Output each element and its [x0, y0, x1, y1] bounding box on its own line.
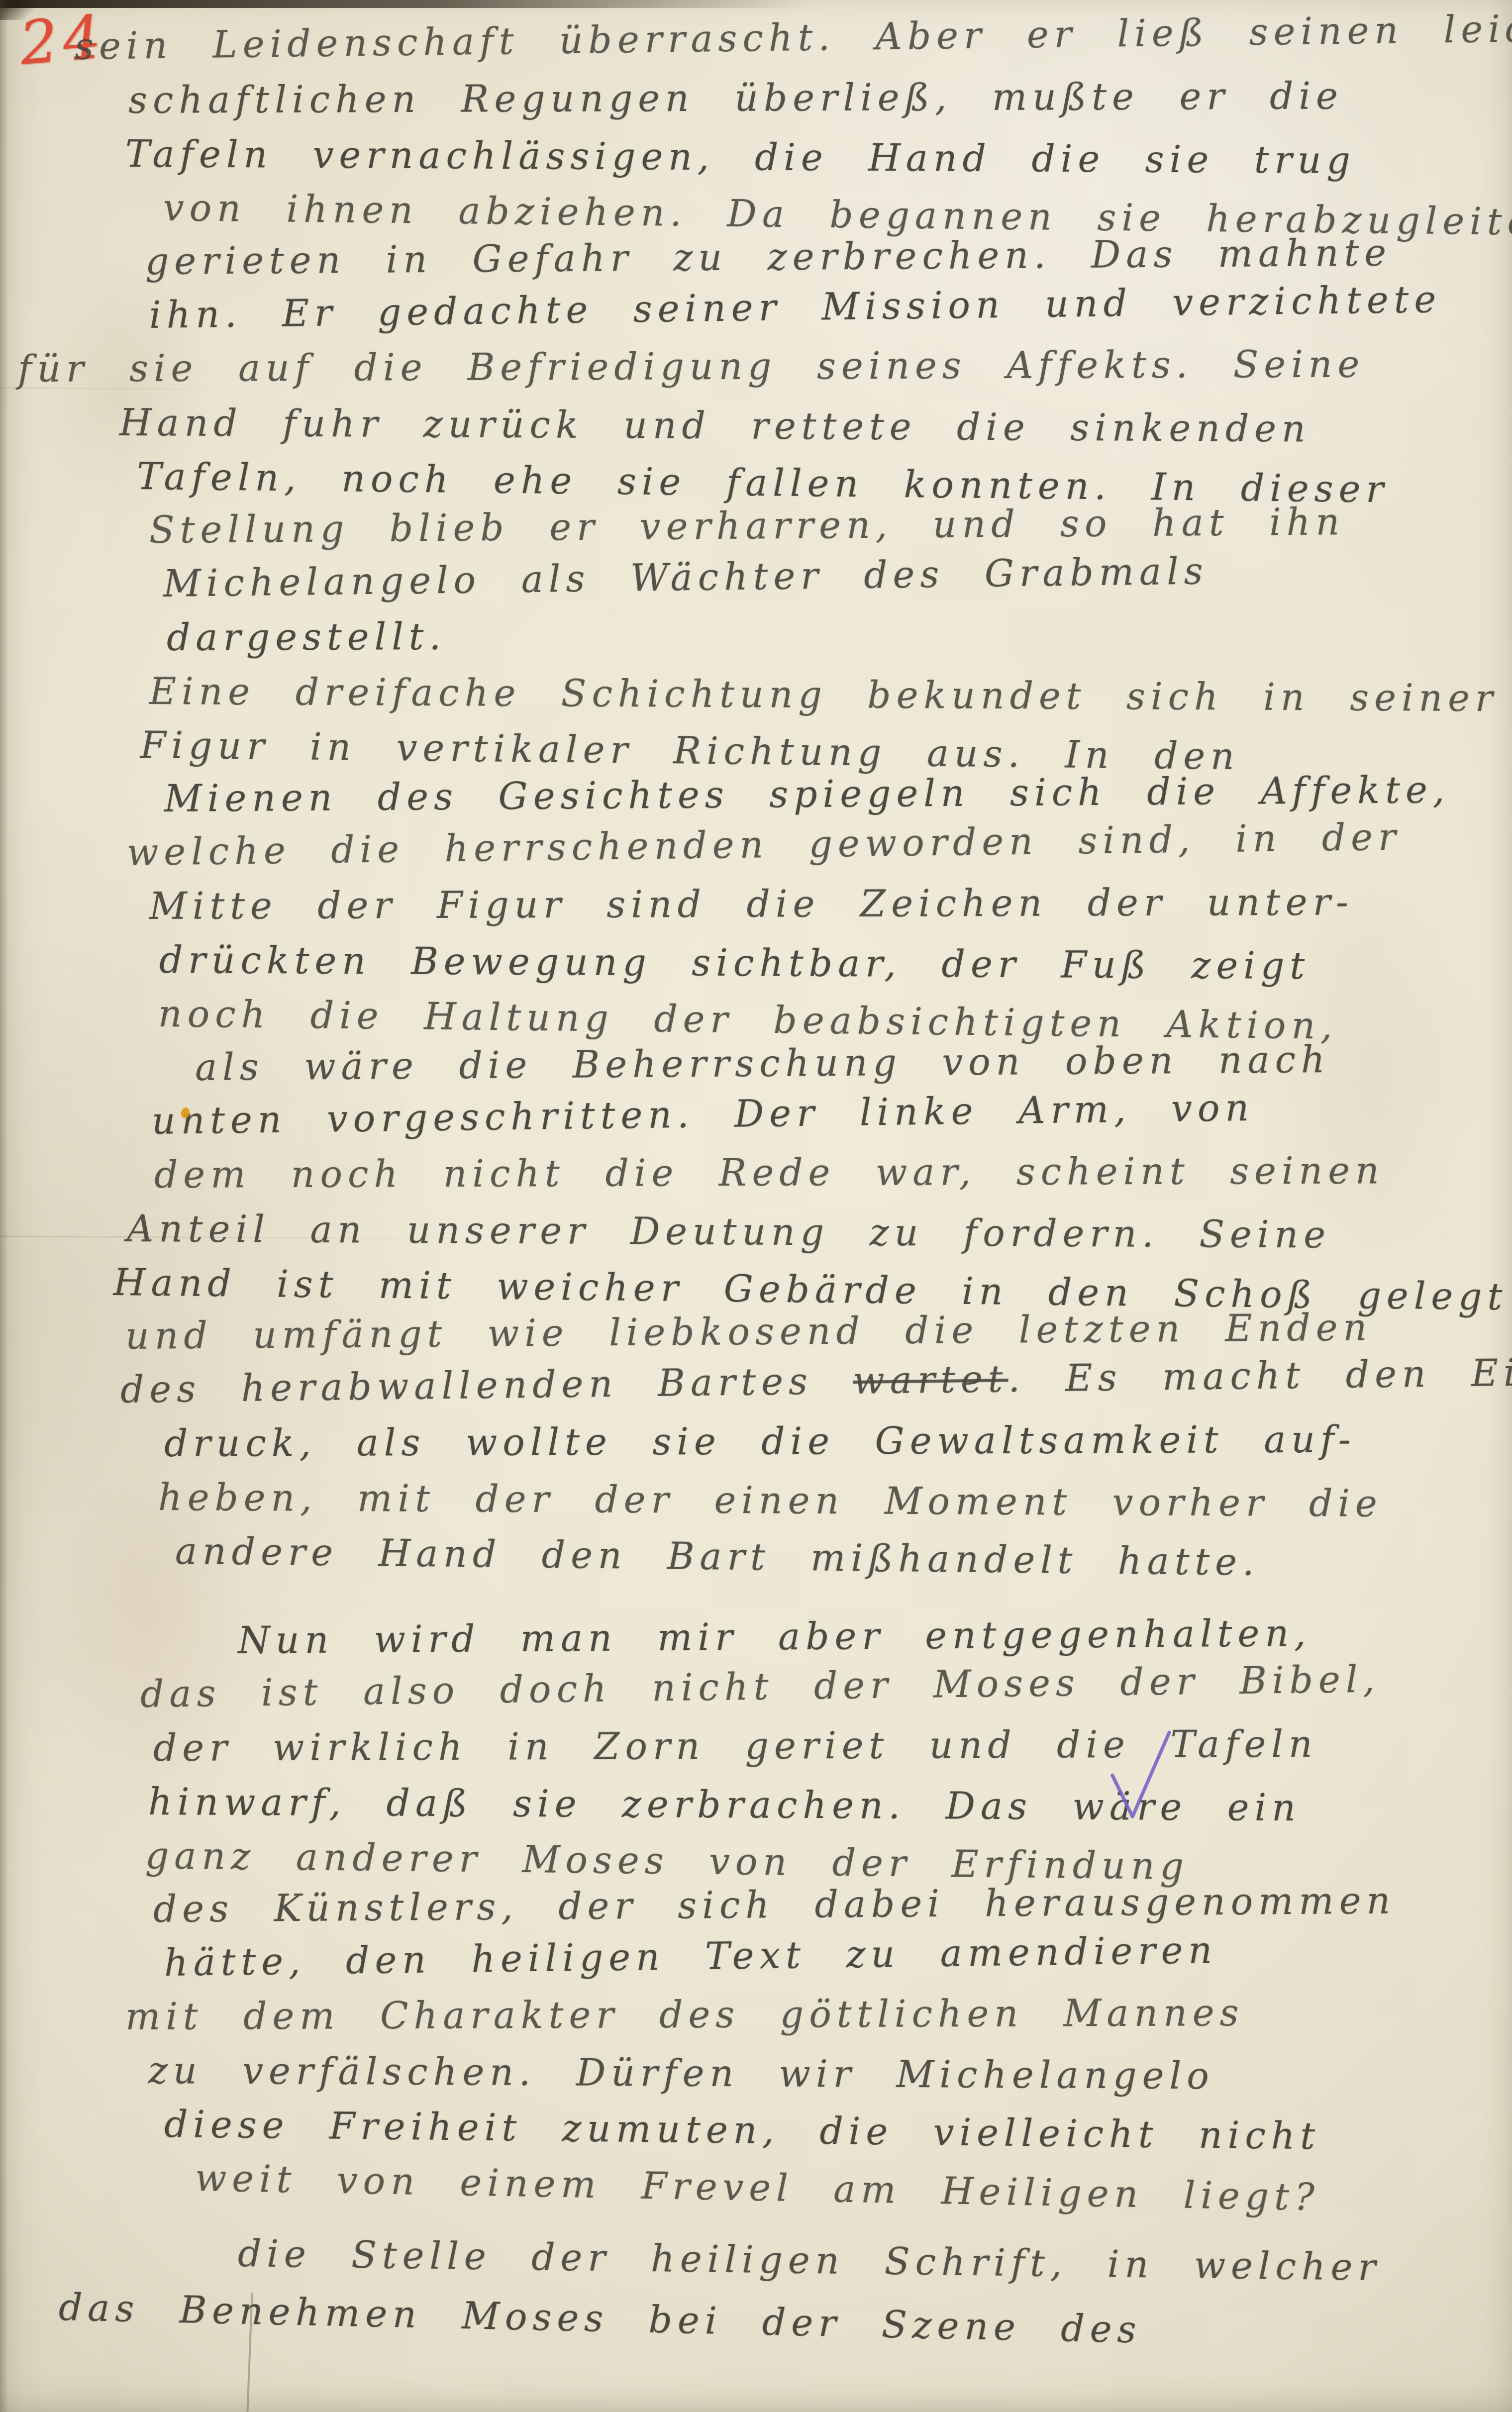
- manuscript-line: sein Leidenschaft überrascht. Aber er li…: [74, 2, 1512, 74]
- manuscript-line: mit dem Charakter des göttlichen Mannes: [125, 1985, 1512, 2044]
- manuscript-line: dargestellt.: [167, 606, 1512, 665]
- manuscript-line: heben, mit der der einen Moment vorher d…: [158, 1471, 1512, 1531]
- manuscript-line: Anteil an unserer Deutung zu fordern. Se…: [127, 1202, 1512, 1263]
- manuscript-line: die Stelle der heiligen Schrift, in welc…: [237, 2227, 1512, 2296]
- manuscript-line: Mitte der Figur sind die Zeichen der unt…: [149, 875, 1512, 933]
- manuscript-page: 24 sein Leidenschaft überrascht. Aber er…: [0, 0, 1512, 2412]
- manuscript-line: dem noch nicht die Rede war, scheint sei…: [154, 1143, 1512, 1202]
- line-text: . Es macht den Ein-: [1008, 1351, 1512, 1401]
- manuscript-line: der wirklich in Zorn geriet und die Tafe…: [153, 1716, 1512, 1775]
- manuscript-line: Hand fuhr zurück und rettete die sinkend…: [119, 396, 1512, 457]
- manuscript-line: schaftlichen Regungen überließ, mußte er…: [128, 69, 1512, 127]
- manuscript-text: sein Leidenschaft überrascht. Aber er li…: [0, 20, 1512, 2334]
- struck-word: wartet: [853, 1358, 1008, 1403]
- manuscript-line: andere Hand den Bart mißhandelt hatte.: [175, 1524, 1512, 1592]
- manuscript-line: Tafeln vernachlässigen, die Hand die sie…: [125, 127, 1512, 189]
- photo-edge-top: [0, 0, 806, 8]
- manuscript-line: für sie auf die Befriedigung seines Affe…: [18, 337, 1512, 396]
- line-text: des herabwallenden Bartes: [120, 1360, 853, 1411]
- manuscript-line: Eine dreifache Schichtung bekundet sich …: [149, 665, 1512, 725]
- manuscript-line: zu verfälschen. Dürfen wir Michelangelo: [148, 2044, 1512, 2105]
- manuscript-line: druck, als wollte sie die Gewaltsamkeit …: [164, 1412, 1512, 1471]
- manuscript-line: drückten Bewegung sichtbar, der Fuß zeig…: [159, 933, 1512, 994]
- violet-check-icon: [1102, 1723, 1175, 1827]
- photo-edge-left: [0, 0, 8, 2412]
- manuscript-line: hinwarf, daß sie zerbrachen. Das wäre ei…: [148, 1775, 1512, 1836]
